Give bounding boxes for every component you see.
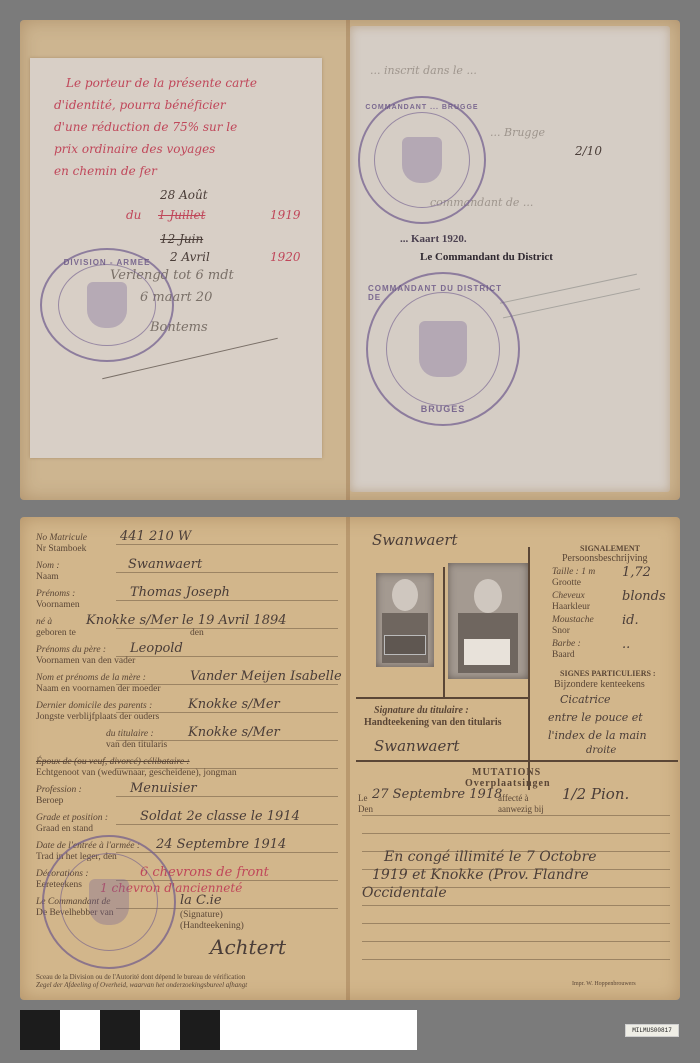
signalement-label-fr: Cheveux	[552, 591, 585, 602]
field-label-fr: Dernier domicile des parents :	[36, 701, 152, 712]
mutation-prefix-fr: Le	[358, 793, 368, 804]
mutation-unit: 1/2 Pion.	[562, 785, 629, 803]
ruled-line	[362, 815, 670, 816]
field-label-nl: Naam en voornamen der moeder	[36, 684, 161, 695]
signalement-label-fr: Moustache	[552, 615, 594, 626]
field-label-fr: Nom et prénoms de la mère :	[36, 673, 146, 684]
field-value: Knokke s/Mer	[188, 725, 280, 740]
description-page: Swanwaert Signature du titulaire : Handt…	[350, 517, 680, 1000]
field-label-fr: No Matricule	[36, 533, 87, 544]
commune-stamp: COMMANDANT ... BRUGGE	[358, 96, 486, 224]
field-rule	[116, 544, 338, 545]
field-label-nl: Nr Stamboek	[36, 544, 86, 555]
field-label-fr: né à	[36, 617, 52, 628]
field-label-nl: Echtgenoot van (weduwnaar, gescheidene),…	[36, 768, 237, 779]
footer-fr: Sceau de la Division ou de l'Autorité do…	[36, 973, 245, 981]
mutation-date: 27 Septembre 1918	[372, 787, 502, 802]
mutations-heading: MUTATIONS	[472, 767, 541, 778]
ruled-line	[362, 833, 670, 834]
signalement-label-nl: Snor	[552, 626, 570, 637]
date1-struck: 1 Juillet	[158, 208, 205, 222]
field-label-nl: van den titularis	[106, 740, 167, 751]
field-label-nl: Naam	[36, 572, 59, 583]
divider-photos	[443, 567, 445, 697]
field-label-fr: Prénoms :	[36, 589, 75, 600]
field-label-nl: Jongste verblijfplaats der ouders	[36, 712, 159, 723]
field-label-fr: Grade et position :	[36, 813, 108, 824]
field-rule	[116, 684, 338, 685]
date2-correction: 2 Avril	[170, 250, 210, 264]
identity-page: No MatriculeNr Stamboek441 210 WNom :Naa…	[20, 517, 346, 1000]
field-rule	[116, 740, 338, 741]
marks-heading-nl: Bijzondere kenteekens	[554, 679, 645, 690]
field-rule	[116, 656, 338, 657]
signature-label-fr: (Signature)	[180, 910, 223, 921]
surname-header: Swanwaert	[372, 531, 458, 549]
field-value: Leopold	[130, 641, 183, 656]
ruled-line	[362, 941, 670, 942]
faint-line-2: ... Brugge	[490, 126, 545, 139]
red-note-line-2: d'identité, pourra bénéficier	[54, 98, 226, 112]
signature-scribble	[500, 274, 640, 319]
field-value: la C.ie	[180, 893, 222, 908]
date1-correction: 28 Août	[160, 188, 208, 202]
field-rule	[116, 628, 338, 629]
scale-block-dark	[20, 1010, 60, 1050]
photo-portrait-2	[448, 563, 528, 679]
field-value: 441 210 W	[120, 529, 191, 544]
field-value: Thomas Joseph	[130, 585, 230, 600]
red-note-line-1: Le porteur de la présente carte	[66, 76, 257, 90]
mutation-note-1: En congé illimité le 7 Octobre	[384, 849, 597, 865]
mutation-verb-fr: affecté à	[498, 793, 529, 804]
inventory-label: MILMUS00817	[625, 1024, 679, 1037]
scale-block-dark	[100, 1010, 140, 1050]
field-value: 24 Septembre 1914	[156, 837, 286, 852]
field-value: Swanwaert	[128, 557, 202, 572]
field-label-nl: Beroep	[36, 796, 63, 807]
date2-struck: 12 Juin	[160, 232, 203, 246]
signalement-value: id.	[622, 613, 639, 628]
signalement-label-nl: Baard	[552, 650, 575, 661]
marks-heading: SIGNES PARTICULIERS :	[560, 668, 656, 679]
signature-label-nl: (Handteekening)	[180, 921, 244, 932]
field-rule	[116, 572, 338, 573]
ruled-line	[362, 923, 670, 924]
mutation-prefix-nl: Den	[358, 804, 373, 815]
field-label-nl: Graad en stand	[36, 824, 93, 835]
signalement-label-fr: Barbe :	[552, 639, 581, 650]
red-note-line-4: prix ordinaire des voyages	[54, 142, 215, 156]
field-value: Knokke s/Mer	[188, 697, 280, 712]
scale-block-light	[60, 1010, 100, 1050]
field-suffix-nl: den	[190, 628, 204, 639]
scale-block-light	[140, 1010, 180, 1050]
field-label-fr: Prénoms du père :	[36, 645, 106, 656]
divider-vertical	[528, 547, 530, 790]
field-value: Knokke s/Mer le 19 Avril 1894	[86, 613, 287, 628]
field-value: Vander Meijen Isabelle	[190, 669, 342, 684]
commandant-line: Le Commandant du District	[420, 252, 553, 263]
photo-portrait-1	[376, 573, 434, 667]
right-page-top: ... inscrit dans le ... ... Brugge 2/10 …	[350, 26, 670, 492]
booklet-bottom-spread: No MatriculeNr Stamboek441 210 WNom :Naa…	[20, 517, 680, 1000]
date-line: ... Kaart 1920.	[400, 234, 467, 245]
field-value: Menuisier	[130, 781, 197, 796]
validity-label: du	[126, 208, 141, 222]
holder-signature-label-fr: Signature du titulaire :	[374, 705, 469, 716]
field-rule	[116, 824, 338, 825]
field-label-fr: Nom :	[36, 561, 60, 572]
signalement-heading-nl: Persoonsbeschrijving	[562, 553, 648, 564]
commander-signature: Achtert	[210, 935, 286, 959]
ruled-line	[362, 959, 670, 960]
year2: 1920	[270, 250, 301, 264]
district-stamp: COMMANDANT DU DISTRICT DE BRUGES	[366, 272, 520, 426]
field-label-nl: Voornamen	[36, 600, 80, 611]
holder-signature-label-nl: Handteekening van den titularis	[364, 717, 502, 728]
pen-mark: 2/10	[575, 144, 602, 158]
marks-line-3: l'index de la main	[548, 729, 647, 742]
divider-signature-bottom	[356, 760, 678, 762]
marks-line-4: droite	[586, 745, 616, 756]
mutation-verb-nl: aanwezig bij	[498, 804, 544, 815]
division-seal	[42, 835, 176, 969]
signalement-label-fr: Taille : 1 m	[552, 567, 595, 578]
red-note-line-5: en chemin de fer	[54, 164, 157, 178]
scale-block-light-long	[220, 1010, 417, 1050]
marks-line-2: entre le pouce et	[548, 711, 643, 724]
printer-mark: Impr. W. Hoppenbrouwers	[572, 979, 636, 990]
signalement-label-nl: Haarkleur	[552, 602, 590, 613]
field-label-nl: geboren te	[36, 628, 76, 639]
ruled-line	[362, 905, 670, 906]
footer-nl: Zegel der Afdeeling of Overheid, waarvan…	[36, 981, 247, 989]
mutation-note-3: Occidentale	[362, 885, 447, 901]
field-rule	[116, 712, 338, 713]
color-reference-scale	[20, 1010, 417, 1050]
signalement-value: ..	[622, 637, 630, 652]
division-stamp: DIVISION - ARMEE	[40, 248, 174, 362]
scale-block-dark	[180, 1010, 220, 1050]
field-value: Soldat 2e classe le 1914	[140, 809, 300, 824]
holder-signature: Swanwaert	[374, 737, 460, 755]
signalement-value: 1,72	[622, 565, 651, 580]
field-rule	[116, 796, 338, 797]
field-label-nl: Voornamen van den vader	[36, 656, 135, 667]
signalement-value: blonds	[622, 589, 666, 604]
field-label-fr: du titulaire :	[106, 729, 154, 740]
field-rule	[116, 600, 338, 601]
mutation-note-2: 1919 et Knokke (Prov. Flandre	[372, 867, 589, 883]
faint-line-1: ... inscrit dans le ...	[370, 64, 477, 77]
divider-photo-bottom	[356, 697, 528, 699]
year1: 1919	[270, 208, 301, 222]
field-label-fr: Profession :	[36, 785, 82, 796]
marks-line-1: Cicatrice	[560, 693, 611, 706]
signalement-label-nl: Grootte	[552, 578, 581, 589]
field-label-fr: Époux de (ou veuf, divorcé) célibataire …	[36, 757, 190, 768]
left-pasted-sheet: Le porteur de la présente carte d'identi…	[30, 58, 322, 458]
red-note-line-3: d'une réduction de 75% sur le	[54, 120, 237, 134]
field-rule	[116, 768, 338, 769]
booklet-top-spread: Le porteur de la présente carte d'identi…	[20, 20, 680, 500]
